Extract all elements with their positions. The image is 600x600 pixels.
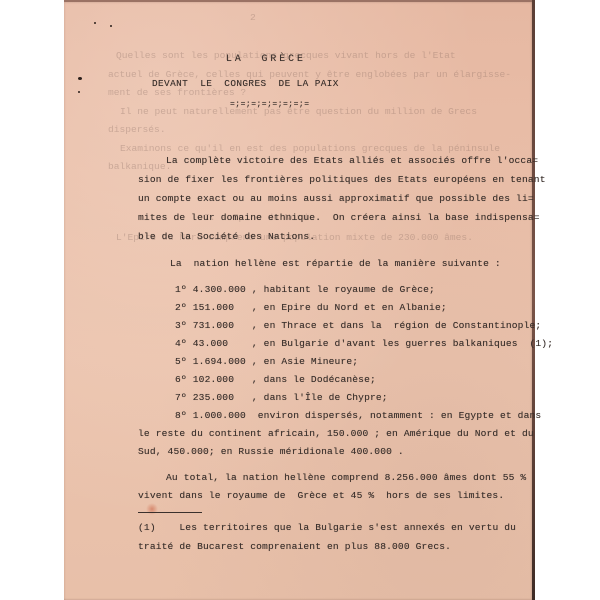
- item-figure: 151.000: [193, 302, 234, 313]
- total-line: vivent dans le royaume de Grèce et 45 % …: [138, 490, 504, 501]
- document-page: 2 Quelles sont les populations grecques …: [64, 0, 535, 600]
- distribution-item: 3º 731.000 , en Thrace et dans la région…: [175, 320, 541, 331]
- paper-speck: [78, 77, 82, 80]
- item8-continuation: Sud, 450.000; en Russie méridionale 400.…: [138, 446, 404, 457]
- item8-continuation: le reste du continent africain, 150.000 …: [138, 428, 534, 439]
- item-ordinal: 8º: [175, 410, 187, 421]
- item-figure: 1.694.000: [193, 356, 246, 367]
- item-ordinal: 1º: [175, 284, 187, 295]
- item-ordinal: 6º: [175, 374, 187, 385]
- item-text: , en Asie Mineure;: [252, 356, 358, 367]
- distribution-item: 2º 151.000 , en Epire du Nord et en Alba…: [175, 302, 447, 313]
- footnote-line: (1) Les territoires que la Bulgarie s'es…: [138, 522, 516, 533]
- item-ordinal: 3º: [175, 320, 187, 331]
- bleed-line: Examinons ce qu'il en est des population…: [120, 143, 500, 154]
- item-text: environ dispersés, notamment : en Egypte…: [252, 410, 541, 421]
- item-text: , dans le Dodécanèse;: [252, 374, 376, 385]
- footnote-text: Les territoires que la Bulgarie s'est an…: [179, 522, 516, 533]
- distribution-item: 6º 102.000 , dans le Dodécanèse;: [175, 374, 376, 385]
- title-ornament: =;=;=;=;=;=;=;=: [230, 100, 310, 109]
- document-title: LA GRÈCE: [226, 53, 306, 64]
- item-text: , dans l'Île de Chypre;: [252, 392, 388, 403]
- bleed-line: balkanique.: [108, 161, 171, 172]
- distribution-item: 7º 235.000 , dans l'Île de Chypre;: [175, 392, 388, 403]
- footnote-line: traité de Bucarest comprenaient en plus …: [138, 541, 451, 552]
- bleed-page-number: 2: [250, 12, 256, 23]
- distribution-item: 8º 1.000.000 environ dispersés, notammen…: [175, 410, 541, 421]
- item-text: , en Epire du Nord et en Albanie;: [252, 302, 447, 313]
- bleed-line: dispersés.: [108, 124, 166, 135]
- distribution-item: 5º 1.694.000 , en Asie Mineure;: [175, 356, 358, 367]
- paper-speck: [78, 91, 80, 93]
- intro-line: La complète victoire des Etats alliés et…: [166, 155, 538, 166]
- intro-line: mites de leur domaine ethnique. On créer…: [138, 212, 540, 223]
- item-figure: 4.300.000: [193, 284, 246, 295]
- item-text: , en Bulgarie d'avant les guerres balkan…: [252, 338, 553, 349]
- item-text: , en Thrace et dans la région de Constan…: [252, 320, 541, 331]
- footnote-marker: (1): [138, 522, 156, 533]
- item-ordinal: 2º: [175, 302, 187, 313]
- total-line: Au total, la nation hellène comprend 8.2…: [166, 472, 526, 483]
- item-figure: 731.000: [193, 320, 234, 331]
- page-right-edge: [532, 0, 535, 600]
- intro-line: ble de la Société des Nations.: [138, 231, 315, 242]
- item-ordinal: 4º: [175, 338, 187, 349]
- distribution-item: 1º 4.300.000 , habitant le royaume de Gr…: [175, 284, 435, 295]
- item-ordinal: 7º: [175, 392, 187, 403]
- rust-stain: [146, 503, 158, 515]
- footnote-rule: [138, 512, 202, 513]
- item-figure: 235.000: [193, 392, 234, 403]
- page-top-edge: [64, 0, 535, 2]
- item-figure: 102.000: [193, 374, 234, 385]
- intro-line: un compte exact ou au moins aussi approx…: [138, 193, 534, 204]
- item-figure: 1.000.000: [193, 410, 246, 421]
- item-figure: 43.000: [193, 338, 228, 349]
- paper-speck: [94, 22, 96, 24]
- paper-speck: [110, 25, 112, 27]
- item-ordinal: 5º: [175, 356, 187, 367]
- item-text: , habitant le royaume de Grèce;: [252, 284, 435, 295]
- intro-line: sion de fixer les frontières politiques …: [138, 174, 546, 185]
- distribution-item: 4º 43.000 , en Bulgarie d'avant les guer…: [175, 338, 553, 349]
- distribution-intro: La nation hellène est répartie de la man…: [170, 258, 501, 269]
- document-subtitle: DEVANT LE CONGRES DE LA PAIX: [152, 78, 339, 89]
